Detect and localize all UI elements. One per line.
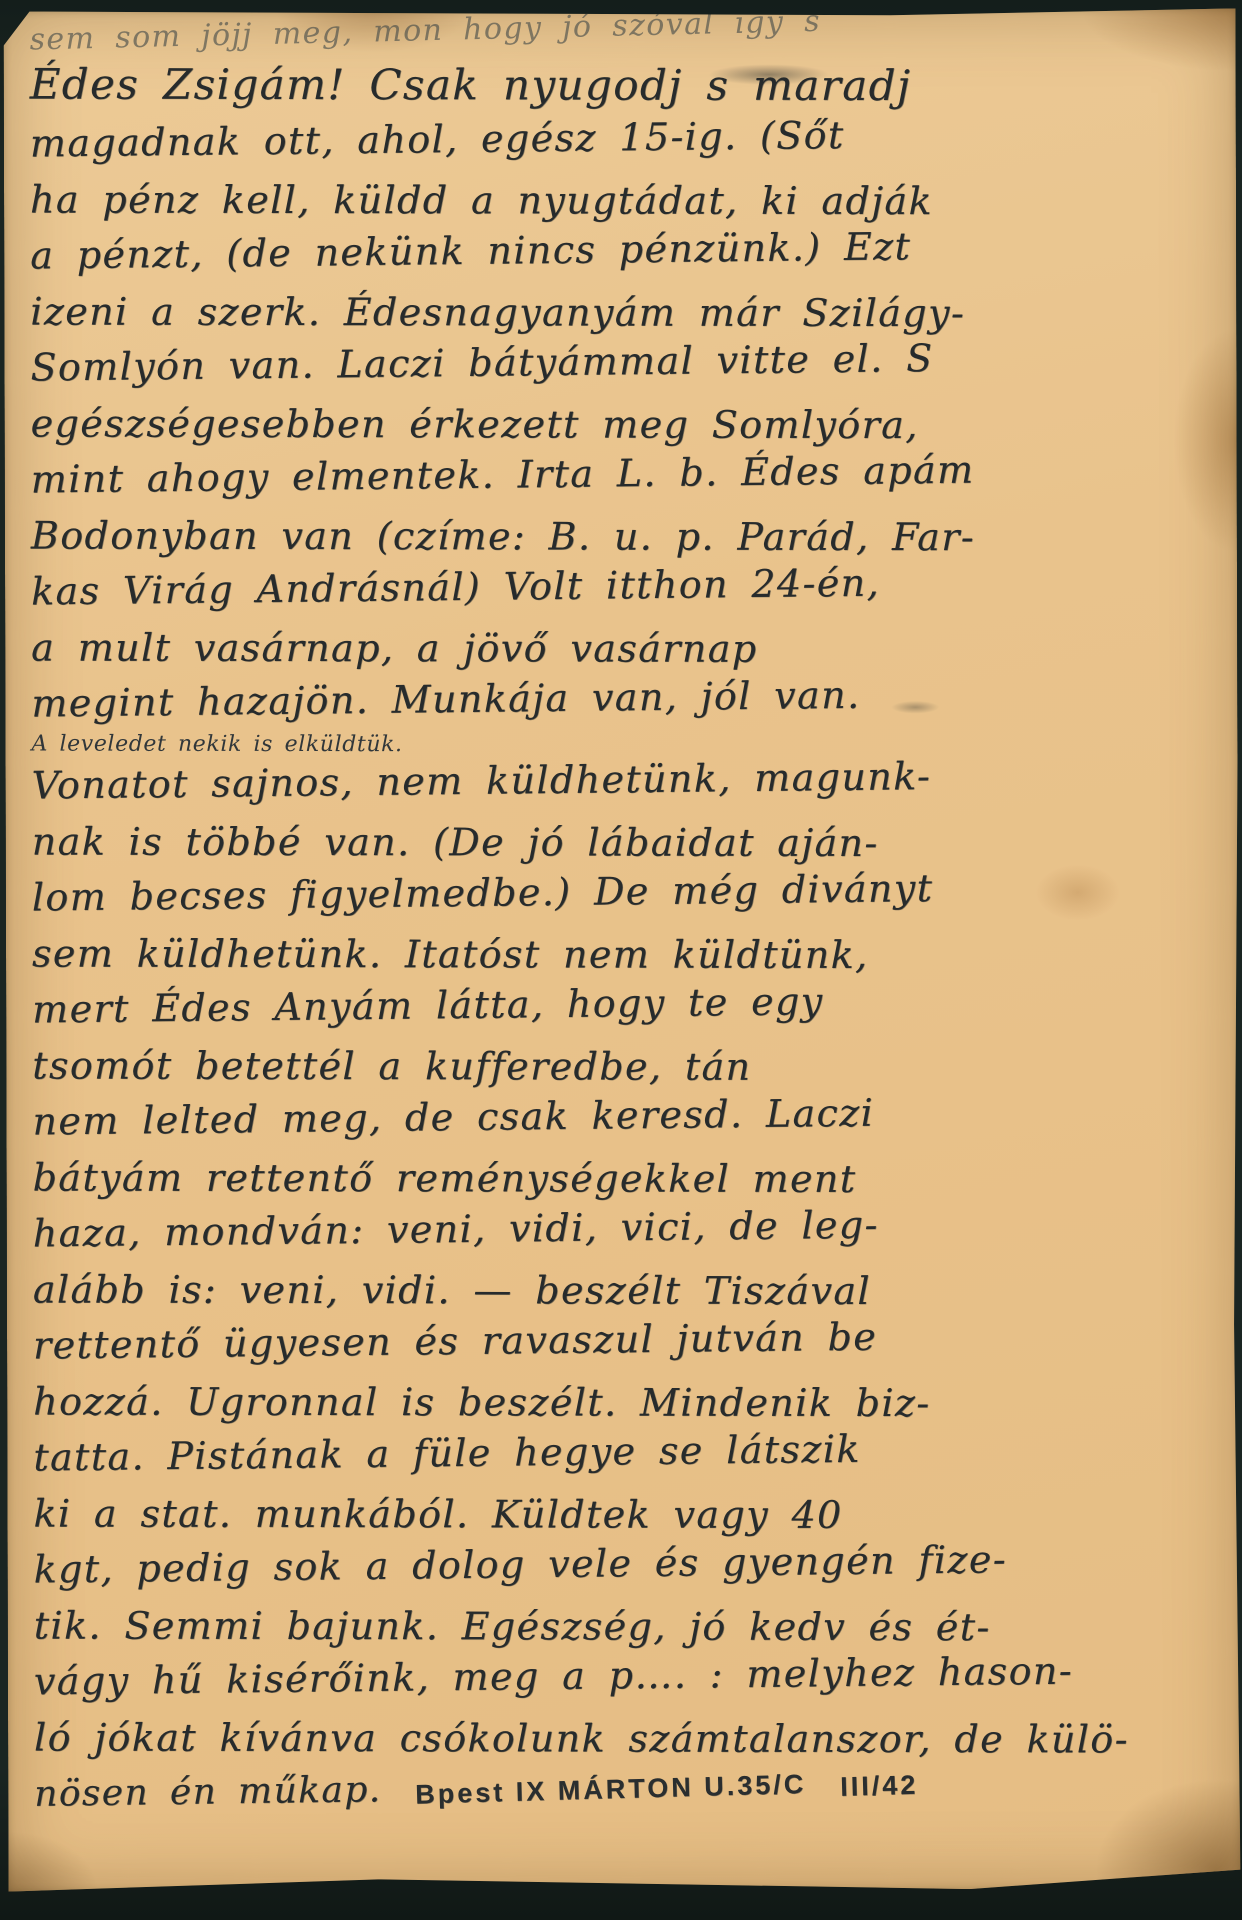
handwritten-line: mint ahogy elmentek. Irta L. b. Édes apá…	[30, 439, 1237, 508]
scan-background: sem som jöjj meg, mon hogy jó szóval így…	[0, 0, 1242, 1920]
handwritten-line: vágy hű kisérőink, meg a p…. : melyhez h…	[34, 1641, 1241, 1710]
address-stamp: Bpest IX MÁRTON U.35/C	[415, 1769, 807, 1811]
handwritten-line: haza, mondván: veni, vidi, vici, de leg-	[32, 1193, 1239, 1262]
handwritten-line: nem lelted meg, de csak keresd. Laczi	[32, 1081, 1239, 1150]
handwritten-line: ló jókat kívánva csókolunk számtalanszor…	[34, 1710, 1240, 1768]
handwritten-line: kas Virág Andrásnál) Volt itthon 24-én,	[31, 551, 1238, 620]
handwritten-line: a pénzt, (de nekünk nincs pénzünk.) Ezt	[30, 215, 1237, 284]
handwritten-line: Vonatot sajnos, nem küldhetünk, magunk-	[31, 745, 1238, 814]
handwritten-line: rettentő ügyesen és ravaszul jutván be	[33, 1305, 1240, 1374]
date-stamp: III/42	[840, 1770, 919, 1803]
letter-footer: nösen én műkap. Bpest IX MÁRTON U.35/C I…	[34, 1758, 1240, 1815]
handwritten-line: sem som jöjj meg, mon hogy jó szóval így…	[29, 0, 1236, 60]
handwritten-line: magadnak ott, ahol, egész 15-ig. (Sőt	[30, 103, 1237, 172]
postcard-paper: sem som jöjj meg, mon hogy jó szóval így…	[4, 8, 1241, 1891]
closing-text: nösen én műkap.	[34, 1769, 382, 1815]
handwritten-line: lom becses figyelmedbe.) De még diványt	[32, 857, 1239, 926]
handwritten-line: Somlyón van. Laczi bátyámmal vitte el. S	[30, 327, 1237, 396]
handwritten-line: megint hazajön. Munkája van, jól van.	[31, 663, 1238, 732]
handwritten-line: kgt, pedig sok a dolog vele és gyengén f…	[33, 1529, 1240, 1598]
handwritten-line: mert Édes Anyám látta, hogy te egy	[32, 969, 1239, 1038]
letter-body: sem som jöjj meg, mon hogy jó szóval így…	[30, 18, 1241, 1765]
handwritten-line: tatta. Pistának a füle hegye se látszik	[33, 1417, 1240, 1486]
